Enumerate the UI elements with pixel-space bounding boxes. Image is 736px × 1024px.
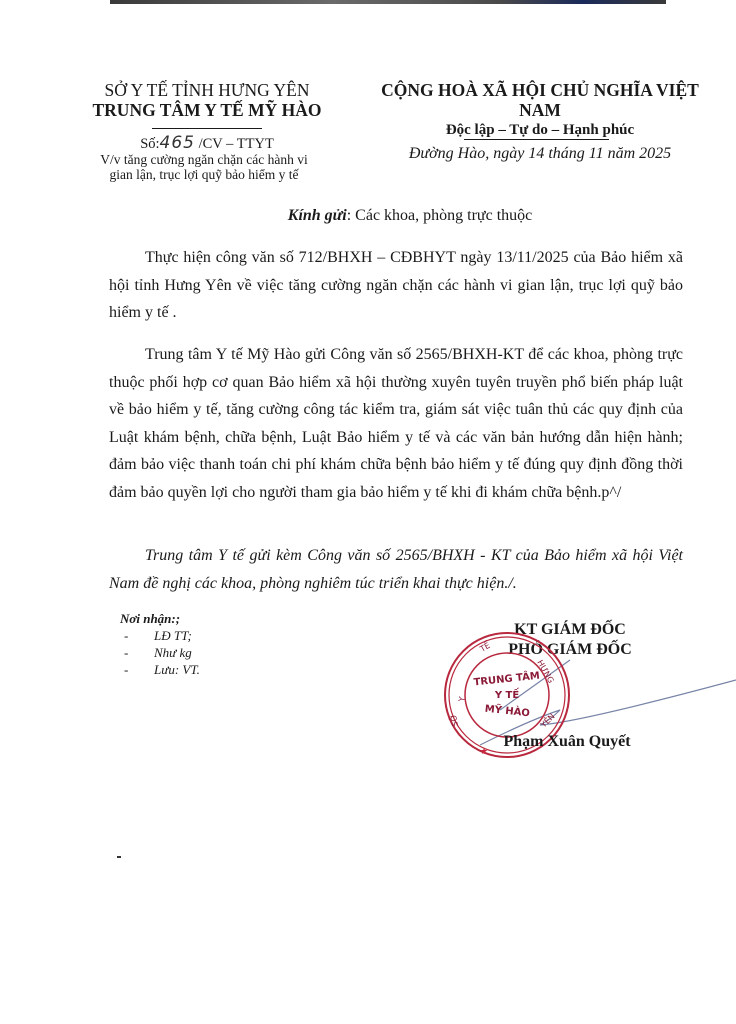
recipient-value: : Các khoa, phòng trực thuộc [347,207,533,224]
motto-underline [464,139,609,140]
recipients-item: -LĐ TT; [120,627,200,644]
nation-title: CỘNG HOÀ XÃ HỘI CHỦ NGHĨA VIỆT NAM [360,80,720,120]
recipients-block: Nơi nhận:; -LĐ TT; -Như kg -Lưu: VT. [120,610,200,678]
recipients-item: -Lưu: VT. [120,661,200,678]
paragraph-2: Trung tâm Y tế Mỹ Hào gửi Công văn số 25… [109,341,683,507]
recipients-title: Nơi nhận:; [120,610,200,627]
svg-text:SỞ: SỞ [447,713,460,727]
paragraph-3: Trung tâm Y tế gửi kèm Công văn số 2565/… [109,542,683,597]
unit-name: TRUNG TÂM Y TẾ MỸ HÀO [62,100,352,120]
date-line: Đường Hào, ngày 14 tháng 11 năm 2025 [360,145,720,163]
scan-speck [117,856,121,858]
scan-top-edge [110,0,666,4]
motto: Độc lập – Tự do – Hạnh phúc [360,120,720,140]
svg-text:Y TẾ: Y TẾ [494,686,520,701]
signer-name: Phạm Xuân Quyết [472,733,662,751]
recipients-item: -Như kg [120,644,200,661]
recipient-label: Kính gửi [288,207,347,224]
recipient-line: Kính gửi: Các khoa, phòng trực thuộc [130,207,690,225]
svg-text:TRUNG TÂM: TRUNG TÂM [473,669,540,689]
number-prefix: Số: [140,136,159,152]
agency-name: SỞ Y TẾ TỈNH HƯNG YÊN [62,80,352,100]
number-suffix: /CV – TTYT [199,136,274,152]
subject-line-1: V/v tăng cường ngăn chặn các hành vi [84,152,324,167]
subject-line-2: gian lận, trục lợi quỹ bảo hiểm y tế [84,167,324,182]
header-left: SỞ Y TẾ TỈNH HƯNG YÊN TRUNG TÂM Y TẾ MỸ … [62,80,352,129]
header-left-underline [152,128,262,129]
document-number: Số:465 /CV – TTYT [62,133,352,153]
header-right: CỘNG HOÀ XÃ HỘI CHỦ NGHĨA VIỆT NAM Độc l… [360,80,720,140]
number-handwritten: 465 [160,133,195,153]
svg-text:MỸ HÀO: MỸ HÀO [484,702,530,720]
paragraph-1: Thực hiện công văn số 712/BHXH – CĐBHYT … [109,244,683,327]
subject: V/v tăng cường ngăn chặn các hành vi gia… [84,152,324,182]
